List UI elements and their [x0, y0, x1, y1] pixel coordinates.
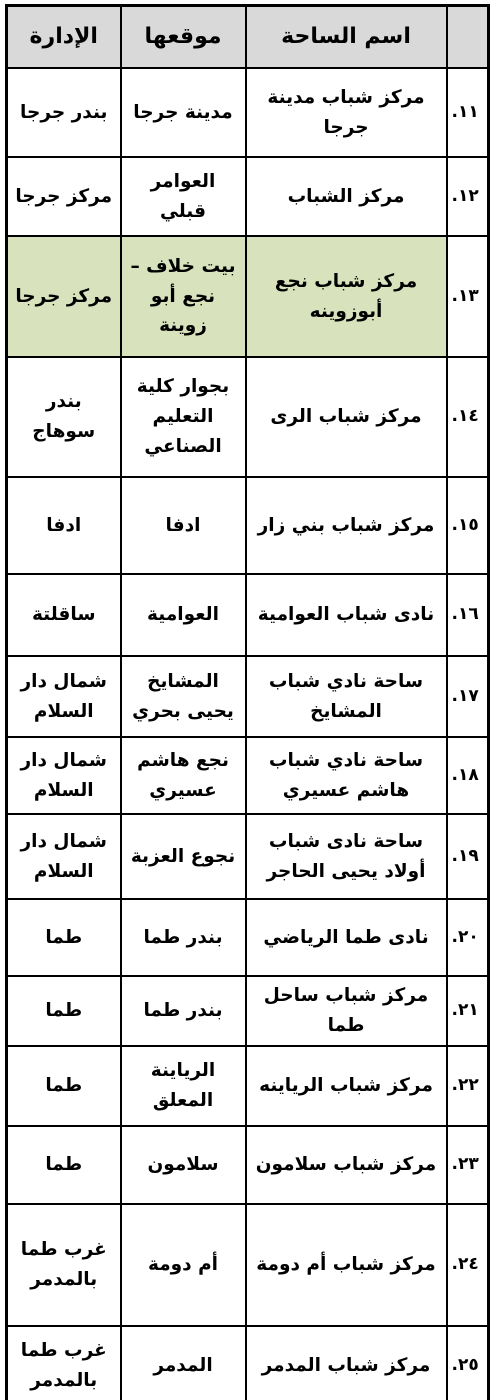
cell-arena-name: مركز شباب الرى: [246, 357, 447, 477]
table-row: ١١.مركز شباب مدينة جرجامدينة جرجابندر جر…: [7, 68, 489, 157]
cell-admin: طما: [7, 976, 121, 1046]
cell-admin: مركز جرجا: [7, 236, 121, 357]
cell-number: ٢٠.: [447, 899, 489, 976]
cell-admin: شمال دار السلام: [7, 656, 121, 737]
cell-arena-name: مركز شباب بني زار: [246, 477, 447, 574]
cell-number: ١٢.: [447, 157, 489, 236]
table-row: ١٩.ساحة نادى شباب أولاد يحيى الحاجرنجوع …: [7, 814, 489, 899]
cell-admin: شمال دار السلام: [7, 814, 121, 899]
cell-number: ٢٤.: [447, 1204, 489, 1326]
header-location: موقعها: [121, 6, 246, 69]
table-row: ٢٣.مركز شباب سلامونسلامونطما: [7, 1126, 489, 1204]
cell-number: ١٤.: [447, 357, 489, 477]
cell-admin: مركز جرجا: [7, 157, 121, 236]
cell-admin: ادفا: [7, 477, 121, 574]
cell-location: أم دومة: [121, 1204, 246, 1326]
cell-number: ٢١.: [447, 976, 489, 1046]
header-arena-name: اسم الساحة: [246, 6, 447, 69]
cell-arena-name: مركز شباب ساحل طما: [246, 976, 447, 1046]
cell-arena-name: ساحة نادى شباب أولاد يحيى الحاجر: [246, 814, 447, 899]
cell-number: ١٦.: [447, 574, 489, 656]
cell-number: ١٧.: [447, 656, 489, 737]
table-row: ١٨.ساحة نادي شباب هاشم عسيرينجع هاشم عسي…: [7, 737, 489, 814]
cell-number: ٢٣.: [447, 1126, 489, 1204]
cell-arena-name: مركز شباب الرياينه: [246, 1046, 447, 1126]
cell-admin: غرب طما بالمدمر: [7, 1326, 121, 1400]
cell-admin: طما: [7, 1046, 121, 1126]
cell-number: ١١.: [447, 68, 489, 157]
cell-arena-name: نادى طما الرياضي: [246, 899, 447, 976]
cell-number: ٢٥.: [447, 1326, 489, 1400]
cell-location: المشايخ يحيى بحري: [121, 656, 246, 737]
cell-admin: بندر جرجا: [7, 68, 121, 157]
cell-location: مدينة جرجا: [121, 68, 246, 157]
cell-arena-name: ساحة نادي شباب المشايخ: [246, 656, 447, 737]
cell-arena-name: ساحة نادي شباب هاشم عسيري: [246, 737, 447, 814]
table-row: ١٧.ساحة نادي شباب المشايخالمشايخ يحيى بح…: [7, 656, 489, 737]
document-page: اسم الساحة موقعها الإدارة ١١.مركز شباب م…: [0, 0, 492, 1400]
header-row: اسم الساحة موقعها الإدارة: [7, 6, 489, 69]
table-row: ٢٥.مركز شباب المدمرالمدمرغرب طما بالمدمر: [7, 1326, 489, 1400]
cell-arena-name: مركز شباب مدينة جرجا: [246, 68, 447, 157]
table-row: ٢٠.نادى طما الرياضيبندر طماطما: [7, 899, 489, 976]
cell-location: العوامر قبلي: [121, 157, 246, 236]
cell-arena-name: مركز شباب المدمر: [246, 1326, 447, 1400]
cell-admin: غرب طما بالمدمر: [7, 1204, 121, 1326]
cell-location: ادفا: [121, 477, 246, 574]
cell-admin: طما: [7, 1126, 121, 1204]
cell-location: بجوار كلية التعليم الصناعي: [121, 357, 246, 477]
cell-arena-name: نادى شباب العوامية: [246, 574, 447, 656]
cell-number: ١٣.: [447, 236, 489, 357]
header-number: [447, 6, 489, 69]
cell-location: بيت خلاف – نجع أبو زوينة: [121, 236, 246, 357]
header-admin: الإدارة: [7, 6, 121, 69]
cell-location: نجوع العزبة: [121, 814, 246, 899]
cell-location: بندر طما: [121, 899, 246, 976]
cell-arena-name: مركز شباب سلامون: [246, 1126, 447, 1204]
table-row: ١٥.مركز شباب بني زارادفاادفا: [7, 477, 489, 574]
table-row: ١٤.مركز شباب الرىبجوار كلية التعليم الصن…: [7, 357, 489, 477]
cell-arena-name: مركز الشباب: [246, 157, 447, 236]
cell-location: سلامون: [121, 1126, 246, 1204]
cell-location: بندر طما: [121, 976, 246, 1046]
cell-admin: شمال دار السلام: [7, 737, 121, 814]
table-row: ٢٤.مركز شباب أم دومةأم دومةغرب طما بالمد…: [7, 1204, 489, 1326]
arena-table: اسم الساحة موقعها الإدارة ١١.مركز شباب م…: [5, 4, 490, 1400]
cell-number: ١٥.: [447, 477, 489, 574]
table-row: ١٦.نادى شباب العواميةالعواميةساقلتة: [7, 574, 489, 656]
cell-location: العوامية: [121, 574, 246, 656]
table-header: اسم الساحة موقعها الإدارة: [7, 6, 489, 69]
cell-admin: بندر سوهاج: [7, 357, 121, 477]
cell-location: المدمر: [121, 1326, 246, 1400]
table-row: ٢١.مركز شباب ساحل طمابندر طماطما: [7, 976, 489, 1046]
cell-admin: طما: [7, 899, 121, 976]
cell-number: ١٨.: [447, 737, 489, 814]
cell-arena-name: مركز شباب نجع أبوزوينه: [246, 236, 447, 357]
cell-location: الرياينة المعلق: [121, 1046, 246, 1126]
cell-location: نجع هاشم عسيري: [121, 737, 246, 814]
table-row: ١٣.مركز شباب نجع أبوزوينهبيت خلاف – نجع …: [7, 236, 489, 357]
cell-number: ١٩.: [447, 814, 489, 899]
cell-arena-name: مركز شباب أم دومة: [246, 1204, 447, 1326]
table-row: ١٢.مركز الشبابالعوامر قبليمركز جرجا: [7, 157, 489, 236]
table-body: ١١.مركز شباب مدينة جرجامدينة جرجابندر جر…: [7, 68, 489, 1400]
cell-number: ٢٢.: [447, 1046, 489, 1126]
cell-admin: ساقلتة: [7, 574, 121, 656]
table-row: ٢٢.مركز شباب الرياينهالرياينة المعلقطما: [7, 1046, 489, 1126]
